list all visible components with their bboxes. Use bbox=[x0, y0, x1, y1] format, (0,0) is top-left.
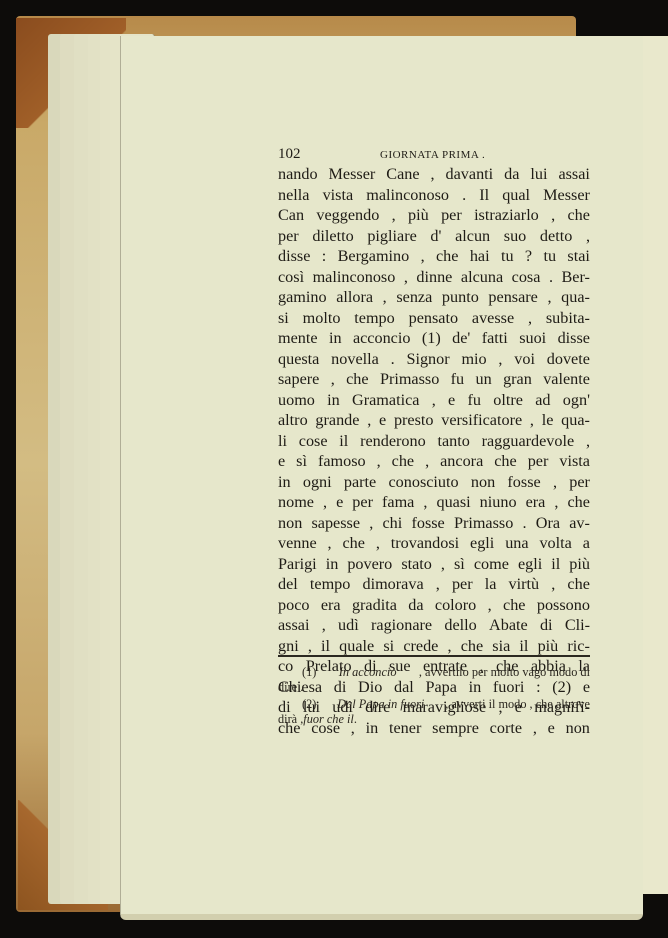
text-line: venne,che,trovandosiegliunavoltaa bbox=[278, 533, 590, 554]
text-line: sapere,chePrimassofuungranvalente bbox=[278, 369, 590, 390]
text-line: simoltotempopensatoavesse,subita- bbox=[278, 308, 590, 329]
text-line: gaminoallora,senzapuntopensare,qua- bbox=[278, 287, 590, 308]
text-line: uomoinGramatica,efuoltreadogn' bbox=[278, 390, 590, 411]
footnotes: (1) In acconcio , avvertilo per molto va… bbox=[278, 665, 590, 727]
text-line: perdilettopigliared'alcunsuodetto, bbox=[278, 226, 590, 247]
text-line: assai,udìragionaredelloAbatediCli- bbox=[278, 615, 590, 636]
text-line: nome,eperfama,quasiniunoera,che bbox=[278, 492, 590, 513]
text-line: questanovella.Signormio,voidovete bbox=[278, 349, 590, 370]
text-line: Canveggendo,piùperistraziarlo,che bbox=[278, 205, 590, 226]
text-line: menteinacconcio(1)de'fattisuoidisse bbox=[278, 328, 590, 349]
page-number: 102 bbox=[278, 146, 380, 163]
page-header: 102 GIORNATA PRIMA . bbox=[278, 146, 590, 164]
footnote-1-line-1: (1) In acconcio , avvertilo per molto va… bbox=[278, 665, 590, 680]
text-line: deltempodimorava,perlavirtù,che bbox=[278, 574, 590, 595]
text-line: disse:Bergamino,chehaitu?tustai bbox=[278, 246, 590, 267]
text-line: pocoeragraditadacoloro,chepossono bbox=[278, 595, 590, 616]
page-text: 102 GIORNATA PRIMA . nandoMesserCane,dav… bbox=[278, 146, 590, 738]
text-line: gni,ilqualesicrede,chesiailpiùric- bbox=[278, 636, 590, 657]
running-head: GIORNATA PRIMA . bbox=[380, 147, 485, 164]
text-line: inogniparteconosciutononfosse,per bbox=[278, 472, 590, 493]
text-line: esìfamoso,che,ancorachepervista bbox=[278, 451, 590, 472]
footnote-2-line-2: dirà , fuor che il . bbox=[278, 712, 590, 727]
footnote-2-line-1: (2) Dal Papa in fuori , avverti il modo … bbox=[278, 697, 590, 712]
text-line: nandoMesserCane,davantidaluiassai bbox=[278, 164, 590, 185]
text-line: cosìmalinconoso,dinnealcunacosa.Ber- bbox=[278, 267, 590, 288]
text-line: altrogrande,eprestoversificatore,lequa- bbox=[278, 410, 590, 431]
footnote-rule bbox=[278, 655, 590, 657]
text-line: nellavistamalinconoso.IlqualMesser bbox=[278, 185, 590, 206]
text-line: licoseilrenderonotantoragguardevole, bbox=[278, 431, 590, 452]
footnote-1-line-2: dire . bbox=[278, 680, 590, 695]
text-line: Parigiinpoverostato,sìcomeegliilpiù bbox=[278, 554, 590, 575]
body-text: nandoMesserCane,davantidaluiassainellavi… bbox=[278, 164, 590, 738]
text-line: nonsapesse,chifossePrimasso.Oraav- bbox=[278, 513, 590, 534]
